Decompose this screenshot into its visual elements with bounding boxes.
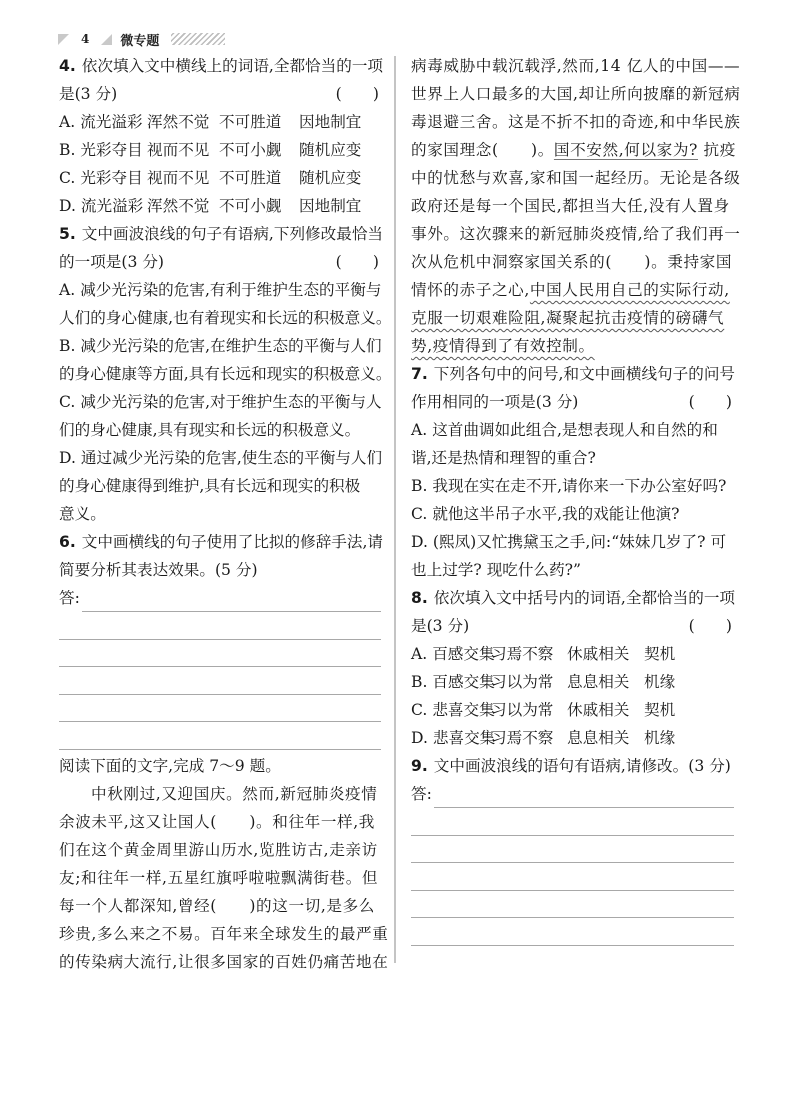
column-divider	[394, 56, 396, 963]
answer-line[interactable]	[59, 722, 381, 750]
question-number: 6.	[59, 533, 76, 551]
wavy-underlined-sentence: 中国人民用自己的实际行动,	[530, 281, 730, 299]
option-word: 因地制宜	[299, 108, 379, 136]
passage-text: 情怀的赤子之心,	[411, 281, 530, 299]
option-text: 意义。	[59, 505, 106, 523]
option-text: (熙凤)又忙携黛玉之手,问:“妹妹几岁了? 可	[433, 533, 726, 551]
option-word: 悲喜交集	[433, 729, 495, 747]
option-label: A.	[411, 645, 427, 663]
option-b[interactable]: B. 减少光污染的危害,在维护生态的平衡与人们 的身心健康等方面,具有长远和现实…	[59, 332, 381, 388]
right-column: 病毒威胁中载沉载浮,然而,14 亿人的中国—— 世界上人口最多的大国,却让所向披…	[411, 52, 734, 946]
question-4: 4.依次填入文中横线上的词语,全都恰当的一项 是(3 分) ( ) A. 流光溢…	[59, 52, 381, 220]
question-stem: 7.下列各句中的问号,和文中画横线句子的问号	[411, 360, 734, 388]
option-a[interactable]: A. 流光溢彩 浑然不觉 不可胜道 因地制宜	[59, 108, 381, 136]
question-number: 4.	[59, 57, 76, 75]
option-word: 习以为常	[491, 696, 567, 724]
question-stem-cont: 的一项是(3 分) ( )	[59, 248, 381, 276]
option-word: 因地制宜	[299, 192, 379, 220]
option-word: 流光溢彩	[81, 197, 143, 215]
answer-line[interactable]	[434, 787, 734, 808]
option-word: 视而不见	[147, 136, 219, 164]
passage-line: 克服一切艰难险阻,凝聚起抗击疫情的磅礴气	[411, 304, 734, 332]
option-word: 契机	[644, 696, 714, 724]
question-number: 9.	[411, 757, 428, 775]
passage-line: 势,疫情得到了有效控制。	[411, 332, 734, 360]
option-label: B.	[59, 141, 75, 159]
answer-area[interactable]: 答:	[59, 584, 381, 750]
option-word: 不可胜道	[219, 164, 299, 192]
option-c[interactable]: C. 就他这半吊子水平,我的戏能让他演?	[411, 500, 734, 528]
passage-text: 的家国理念( )。	[411, 141, 554, 159]
wavy-underlined-sentence: 势,疫情得到了有效控制。	[411, 337, 595, 355]
option-d[interactable]: D. (熙凤)又忙携黛玉之手,问:“妹妹几岁了? 可 也上过学? 现吃什么药?”	[411, 528, 734, 584]
option-d[interactable]: D. 悲喜交集 习焉不察 息息相关 机缘	[411, 724, 734, 752]
answer-bracket[interactable]: ( )	[336, 248, 381, 276]
option-text: 我现在实在走不开,请你来一下办公室好吗?	[432, 477, 726, 495]
option-word: 息息相关	[567, 724, 644, 752]
option-label: C.	[59, 169, 75, 187]
answer-label: 答:	[59, 584, 80, 612]
option-label: C.	[411, 701, 427, 719]
question-stem: 9.文中画波浪线的语句有语病,请修改。(3 分)	[411, 752, 734, 780]
option-c[interactable]: C. 减少光污染的危害,对于维护生态的平衡与人 们的身心健康,具有现实和长远的积…	[59, 388, 381, 444]
option-word: 习焉不察	[491, 640, 567, 668]
passage-line: 情怀的赤子之心,中国人民用自己的实际行动,	[411, 276, 734, 304]
left-column: 4.依次填入文中横线上的词语,全都恰当的一项 是(3 分) ( ) A. 流光溢…	[59, 52, 381, 976]
option-word: 视而不见	[147, 164, 219, 192]
question-number: 8.	[411, 589, 428, 607]
answer-line[interactable]	[59, 667, 381, 695]
option-label: B.	[411, 477, 427, 495]
answer-line[interactable]	[59, 695, 381, 723]
option-d[interactable]: D. 流光溢彩 浑然不觉 不可小觑 因地制宜	[59, 192, 381, 220]
option-label: D.	[59, 197, 76, 215]
option-word: 百感交集	[432, 645, 494, 663]
answer-line[interactable]	[411, 808, 734, 836]
option-word: 习焉不察	[491, 724, 567, 752]
answer-line[interactable]	[59, 612, 381, 640]
question-stem-cont: 是(3 分) ( )	[59, 80, 381, 108]
corner-triangle-icon	[58, 34, 69, 45]
answer-label: 答:	[411, 780, 432, 808]
option-word: 休戚相关	[567, 640, 644, 668]
passage-line: 友;和往年一样,五星红旗呼啦啦飘满街巷。但	[59, 864, 381, 892]
stem-text: 作用相同的一项是(3 分)	[411, 388, 578, 416]
passage-line: 中秋刚过,又迎国庆。然而,新冠肺炎疫情	[59, 780, 381, 808]
reading-instructions: 阅读下面的文字,完成 7～9 题。	[59, 752, 381, 780]
page-header: 4 微专题	[58, 31, 225, 47]
option-text: 的身心健康等方面,具有长远和现实的积极意义。	[59, 365, 391, 383]
option-label: C.	[411, 505, 427, 523]
question-7: 7.下列各句中的问号,和文中画横线句子的问号 作用相同的一项是(3 分) ( )…	[411, 360, 734, 584]
reading-passage-cont: 病毒威胁中载沉载浮,然而,14 亿人的中国—— 世界上人口最多的大国,却让所向披…	[411, 52, 734, 360]
answer-line[interactable]	[82, 591, 381, 612]
answer-line[interactable]	[59, 640, 381, 668]
option-word: 息息相关	[567, 668, 644, 696]
page-number: 4	[81, 32, 89, 46]
stem-text: 下列各句中的问号,和文中画横线句子的问号	[434, 365, 735, 383]
option-d[interactable]: D. 通过减少光污染的危害,使生态的平衡与人们 的身心健康得到维护,具有长远和现…	[59, 444, 381, 528]
wavy-underlined-sentence: 克服一切艰难险阻,凝聚起抗击疫情的磅礴气	[411, 309, 724, 327]
answer-line[interactable]	[411, 863, 734, 891]
stem-text: 依次填入文中横线上的词语,全都恰当的一项	[82, 57, 383, 75]
option-word: 不可胜道	[219, 108, 299, 136]
question-stem-cont: 作用相同的一项是(3 分) ( )	[411, 388, 734, 416]
option-word: 不可小觑	[219, 192, 299, 220]
option-c[interactable]: C. 光彩夺目 视而不见 不可胜道 随机应变	[59, 164, 381, 192]
option-text: 减少光污染的危害,对于维护生态的平衡与人	[80, 393, 381, 411]
passage-line: 政府还是每一个国民,都担当大任,没有人置身	[411, 192, 734, 220]
option-a[interactable]: A. 百感交集 习焉不察 休戚相关 契机	[411, 640, 734, 668]
option-word: 光彩夺目	[80, 169, 142, 187]
option-text: 人们的身心健康,也有着现实和长远的积极意义。	[59, 309, 391, 327]
passage-line: 中的忧愁与欢喜,家和国一起经历。无论是各级	[411, 164, 734, 192]
passage-text: 抗疫	[698, 141, 736, 159]
stem-text: 依次填入文中括号内的词语,全都恰当的一项	[434, 589, 735, 607]
section-title: 微专题	[120, 30, 159, 49]
stem-text: 是(3 分)	[59, 80, 117, 108]
option-label: A.	[411, 421, 427, 439]
option-word: 休戚相关	[567, 696, 644, 724]
question-stem: 6.文中画横线的句子使用了比拟的修辞手法,请	[59, 528, 381, 556]
option-a[interactable]: A. 这首曲调如此组合,是想表现人和自然的和 谐,还是热情和理智的重合?	[411, 416, 734, 472]
answer-bracket[interactable]: ( )	[689, 388, 734, 416]
passage-line: 世界上人口最多的大国,却让所向披靡的新冠病	[411, 80, 734, 108]
option-text: 减少光污染的危害,在维护生态的平衡与人们	[80, 337, 381, 355]
passage-line: 珍贵,多么来之不易。百年来全球发生的最严重	[59, 920, 381, 948]
reading-passage: 中秋刚过,又迎国庆。然而,新冠肺炎疫情 余波未平,这又让国人( )。和往年一样,…	[59, 780, 381, 976]
option-label: A.	[59, 113, 75, 131]
option-label: A.	[59, 281, 75, 299]
answer-bracket[interactable]: ( )	[336, 80, 381, 108]
option-text: 通过减少光污染的危害,使生态的平衡与人们	[81, 449, 382, 467]
option-word: 机缘	[644, 668, 714, 696]
option-word: 不可小觑	[219, 136, 299, 164]
stem-text: 简要分析其表达效果。(5 分)	[59, 561, 258, 579]
option-word: 光彩夺目	[80, 141, 142, 159]
stem-text: 文中画横线的句子使用了比拟的修辞手法,请	[82, 533, 383, 551]
passage-line: 次从危机中洞察家国关系的( )。秉持家国	[411, 248, 734, 276]
question-stem-cont: 是(3 分) ( )	[411, 612, 734, 640]
underlined-sentence: 国不安然,何以家为?	[554, 141, 698, 159]
passage-line: 事外。这次骤来的新冠肺炎疫情,给了我们再一	[411, 220, 734, 248]
option-label: B.	[59, 337, 75, 355]
corner-triangle-icon	[101, 34, 112, 45]
option-b[interactable]: B. 我现在实在走不开,请你来一下办公室好吗?	[411, 472, 734, 500]
question-stem-cont: 简要分析其表达效果。(5 分)	[59, 556, 381, 584]
option-word: 悲喜交集	[432, 701, 494, 719]
question-stem: 5.文中画波浪线的句子有语病,下列修改最恰当	[59, 220, 381, 248]
option-b[interactable]: B. 光彩夺目 视而不见 不可小觑 随机应变	[59, 136, 381, 164]
option-text: 谐,还是热情和理智的重合?	[411, 449, 596, 467]
question-stem: 8.依次填入文中括号内的词语,全都恰当的一项	[411, 584, 734, 612]
option-label: D.	[59, 449, 76, 467]
option-text: 们的身心健康,具有现实和长远的积极意义。	[59, 421, 360, 439]
option-word: 随机应变	[299, 136, 379, 164]
answer-bracket[interactable]: ( )	[689, 612, 734, 640]
question-5: 5.文中画波浪线的句子有语病,下列修改最恰当 的一项是(3 分) ( ) A. …	[59, 220, 381, 528]
option-word: 浑然不觉	[147, 108, 219, 136]
answer-line[interactable]	[411, 891, 734, 919]
option-label: D.	[411, 729, 428, 747]
stem-text: 的一项是(3 分)	[59, 248, 164, 276]
option-b[interactable]: B. 百感交集 习以为常 息息相关 机缘	[411, 668, 734, 696]
question-8: 8.依次填入文中括号内的词语,全都恰当的一项 是(3 分) ( ) A. 百感交…	[411, 584, 734, 752]
passage-line: 的家国理念( )。国不安然,何以家为? 抗疫	[411, 136, 734, 164]
stem-text: 是(3 分)	[411, 612, 469, 640]
passage-line: 们在这个黄金周里游山历水,览胜访古,走亲访	[59, 836, 381, 864]
option-text: 的身心健康得到维护,具有长远和现实的积极	[59, 477, 360, 495]
answer-line[interactable]	[411, 836, 734, 864]
answer-area[interactable]: 答:	[411, 780, 734, 946]
passage-line: 病毒威胁中载沉载浮,然而,14 亿人的中国——	[411, 52, 734, 80]
question-stem: 4.依次填入文中横线上的词语,全都恰当的一项	[59, 52, 381, 80]
question-9: 9.文中画波浪线的语句有语病,请修改。(3 分) 答:	[411, 752, 734, 946]
answer-line[interactable]	[411, 918, 734, 946]
passage-line: 的传染病大流行,让很多国家的百姓仍痛苦地在	[59, 948, 381, 976]
passage-line: 余波未平,这又让国人( )。和往年一样,我	[59, 808, 381, 836]
option-c[interactable]: C. 悲喜交集 习以为常 休戚相关 契机	[411, 696, 734, 724]
option-a[interactable]: A. 减少光污染的危害,有利于维护生态的平衡与 人们的身心健康,也有着现实和长远…	[59, 276, 381, 332]
option-label: C.	[59, 393, 75, 411]
hatch-decoration-icon	[171, 33, 225, 45]
option-word: 机缘	[644, 724, 714, 752]
option-word: 百感交集	[432, 673, 494, 691]
stem-text: 文中画波浪线的句子有语病,下列修改最恰当	[82, 225, 383, 243]
option-text: 这首曲调如此组合,是想表现人和自然的和	[432, 421, 718, 439]
option-text: 就他这半吊子水平,我的戏能让他演?	[432, 505, 679, 523]
option-text: 也上过学? 现吃什么药?”	[411, 561, 581, 579]
option-label: B.	[411, 673, 427, 691]
question-6: 6.文中画横线的句子使用了比拟的修辞手法,请 简要分析其表达效果。(5 分) 答…	[59, 528, 381, 750]
passage-line: 每一个人都深知,曾经( )的这一切,是多么	[59, 892, 381, 920]
question-number: 5.	[59, 225, 76, 243]
stem-text: 文中画波浪线的语句有语病,请修改。(3 分)	[434, 757, 731, 775]
option-word: 浑然不觉	[147, 192, 219, 220]
option-word: 流光溢彩	[80, 113, 142, 131]
question-number: 7.	[411, 365, 428, 383]
option-label: D.	[411, 533, 428, 551]
option-text: 减少光污染的危害,有利于维护生态的平衡与	[80, 281, 381, 299]
option-word: 随机应变	[299, 164, 379, 192]
passage-line: 毒退避三舍。这是不折不扣的奇迹,和中华民族	[411, 108, 734, 136]
option-word: 习以为常	[491, 668, 567, 696]
option-word: 契机	[644, 640, 714, 668]
